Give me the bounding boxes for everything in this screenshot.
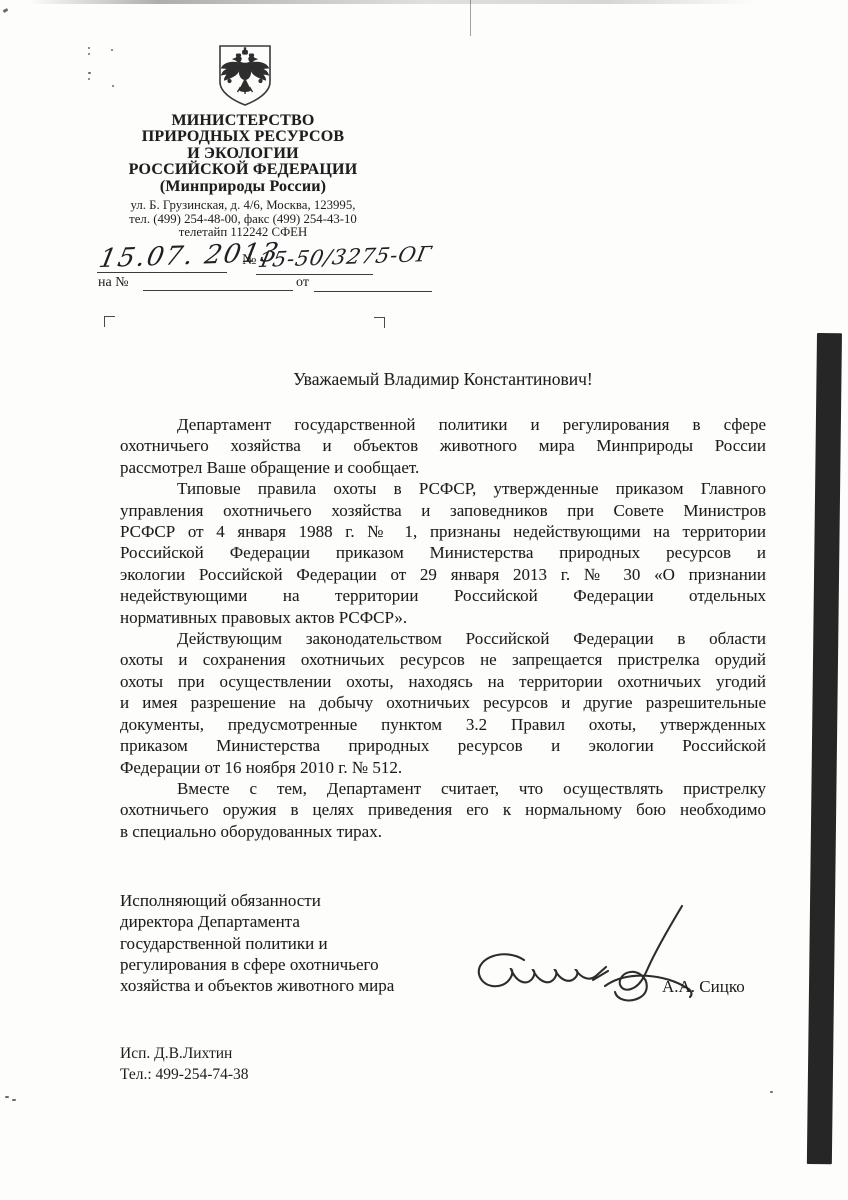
body-line: Действующим законодательством Российской…	[120, 628, 766, 649]
scan-speck	[112, 85, 114, 87]
body-line: недействующими на территории Российской …	[120, 585, 766, 606]
scan-speck	[3, 8, 9, 13]
signoff-line: государственной политики и	[120, 933, 480, 954]
scan-speck	[770, 1091, 773, 1093]
org-line: (Минприроды России)	[93, 179, 393, 195]
ref-ot-underline	[314, 290, 432, 292]
signoff-line: директора Департамента	[120, 911, 480, 932]
scan-speck	[88, 72, 91, 74]
signoff-line: регулирования в сфере охотничьего	[120, 954, 480, 975]
signature-scribble	[466, 900, 716, 1023]
scan-smudge-top	[28, 0, 752, 4]
org-line: ПРИРОДНЫХ РЕСУРСОВ	[93, 129, 393, 145]
scanned-letter-page: МИНИСТЕРСТВО ПРИРОДНЫХ РЕСУРСОВ И ЭКОЛОГ…	[0, 0, 848, 1200]
body-line: охотничьего хозяйства и объектов животно…	[120, 435, 766, 456]
handwritten-doc-number: 15-50/3275-ОГ	[256, 242, 434, 272]
scan-speck	[12, 1099, 16, 1101]
body-line: рассмотрел Ваше обращение и сообщает.	[120, 457, 766, 478]
ref-na-label: на №	[98, 275, 129, 291]
signoff-position-block: Исполняющий обязанности директора Департ…	[120, 890, 480, 996]
body-line: экологии Российской Федерации от 29 янва…	[120, 564, 766, 585]
signer-name: А.А. Сицко	[662, 977, 745, 997]
org-line: И ЭКОЛОГИИ	[93, 146, 393, 162]
body-line: и имея разрешение на добычу охотничьих р…	[120, 692, 766, 713]
body-line: Российской Федерации приказом Министерст…	[120, 542, 766, 563]
scan-speck	[88, 78, 90, 80]
scan-speck	[5, 1096, 9, 1098]
executor-name: Исп. Д.В.Лихтин	[120, 1043, 249, 1064]
number-underline	[256, 273, 373, 275]
address-line: ул. Б. Грузинская, д. 4/6, Москва, 12399…	[93, 199, 393, 213]
letter-body: Департамент государственной политики и р…	[120, 414, 766, 842]
body-line: приказом Министерства природных ресурсов…	[120, 735, 766, 756]
body-line: охоты при осуществлении охоты, находясь …	[120, 671, 766, 692]
ref-ot-label: от	[296, 275, 309, 291]
scan-speck	[111, 49, 113, 51]
coat-of-arms	[216, 44, 274, 108]
ref-na-underline	[143, 289, 293, 291]
executor-phone: Тел.: 499-254-74-38	[120, 1064, 249, 1085]
org-line: РОССИЙСКОЙ ФЕДЕРАЦИИ	[93, 162, 393, 178]
number-sign-label: №	[242, 252, 256, 269]
body-line: нормативных правовых актов РСФСР».	[120, 607, 766, 628]
body-line: управления охотничьего хозяйства и запов…	[120, 500, 766, 521]
corner-mark-left	[104, 316, 115, 327]
executor-block: Исп. Д.В.Лихтин Тел.: 499-254-74-38	[120, 1043, 249, 1085]
body-line: охотничьего оружия в целях приведения ег…	[120, 799, 766, 820]
greeting: Уважаемый Владимир Константинович!	[120, 369, 766, 390]
ministry-name-block: МИНИСТЕРСТВО ПРИРОДНЫХ РЕСУРСОВ И ЭКОЛОГ…	[93, 113, 393, 195]
body-line: Типовые правила охоты в РСФСР, утвержден…	[120, 478, 766, 499]
signoff-line: Исполняющий обязанности	[120, 890, 480, 911]
address-line: телетайп 112242 СФЕН	[93, 226, 393, 240]
org-line: МИНИСТЕРСТВО	[93, 113, 393, 129]
body-line: Департамент государственной политики и р…	[120, 414, 766, 435]
body-line: охоты и сохранения охотничьих ресурсов н…	[120, 649, 766, 670]
body-line: Федерации от 16 ноября 2010 г. № 512.	[120, 757, 766, 778]
date-underline	[97, 271, 227, 273]
address-line: тел. (499) 254-48-00, факс (499) 254-43-…	[93, 213, 393, 227]
body-line: в специально оборудованных тирах.	[120, 821, 766, 842]
scan-line-artifact	[470, 0, 471, 36]
body-line: Вместе с тем, Департамент считает, что о…	[120, 778, 766, 799]
scan-black-bar-artifact	[807, 333, 842, 1164]
corner-mark-right	[374, 317, 385, 328]
address-block: ул. Б. Грузинская, д. 4/6, Москва, 12399…	[93, 199, 393, 240]
scan-speck	[88, 53, 90, 55]
body-line: документы, предусмотренные пунктом 3.2 П…	[120, 714, 766, 735]
double-headed-eagle-icon	[216, 44, 274, 108]
signoff-line: хозяйства и объектов животного мира	[120, 975, 480, 996]
body-line: РСФСР от 4 января 1988 г. № 1, признаны …	[120, 521, 766, 542]
scan-speck	[88, 47, 90, 49]
